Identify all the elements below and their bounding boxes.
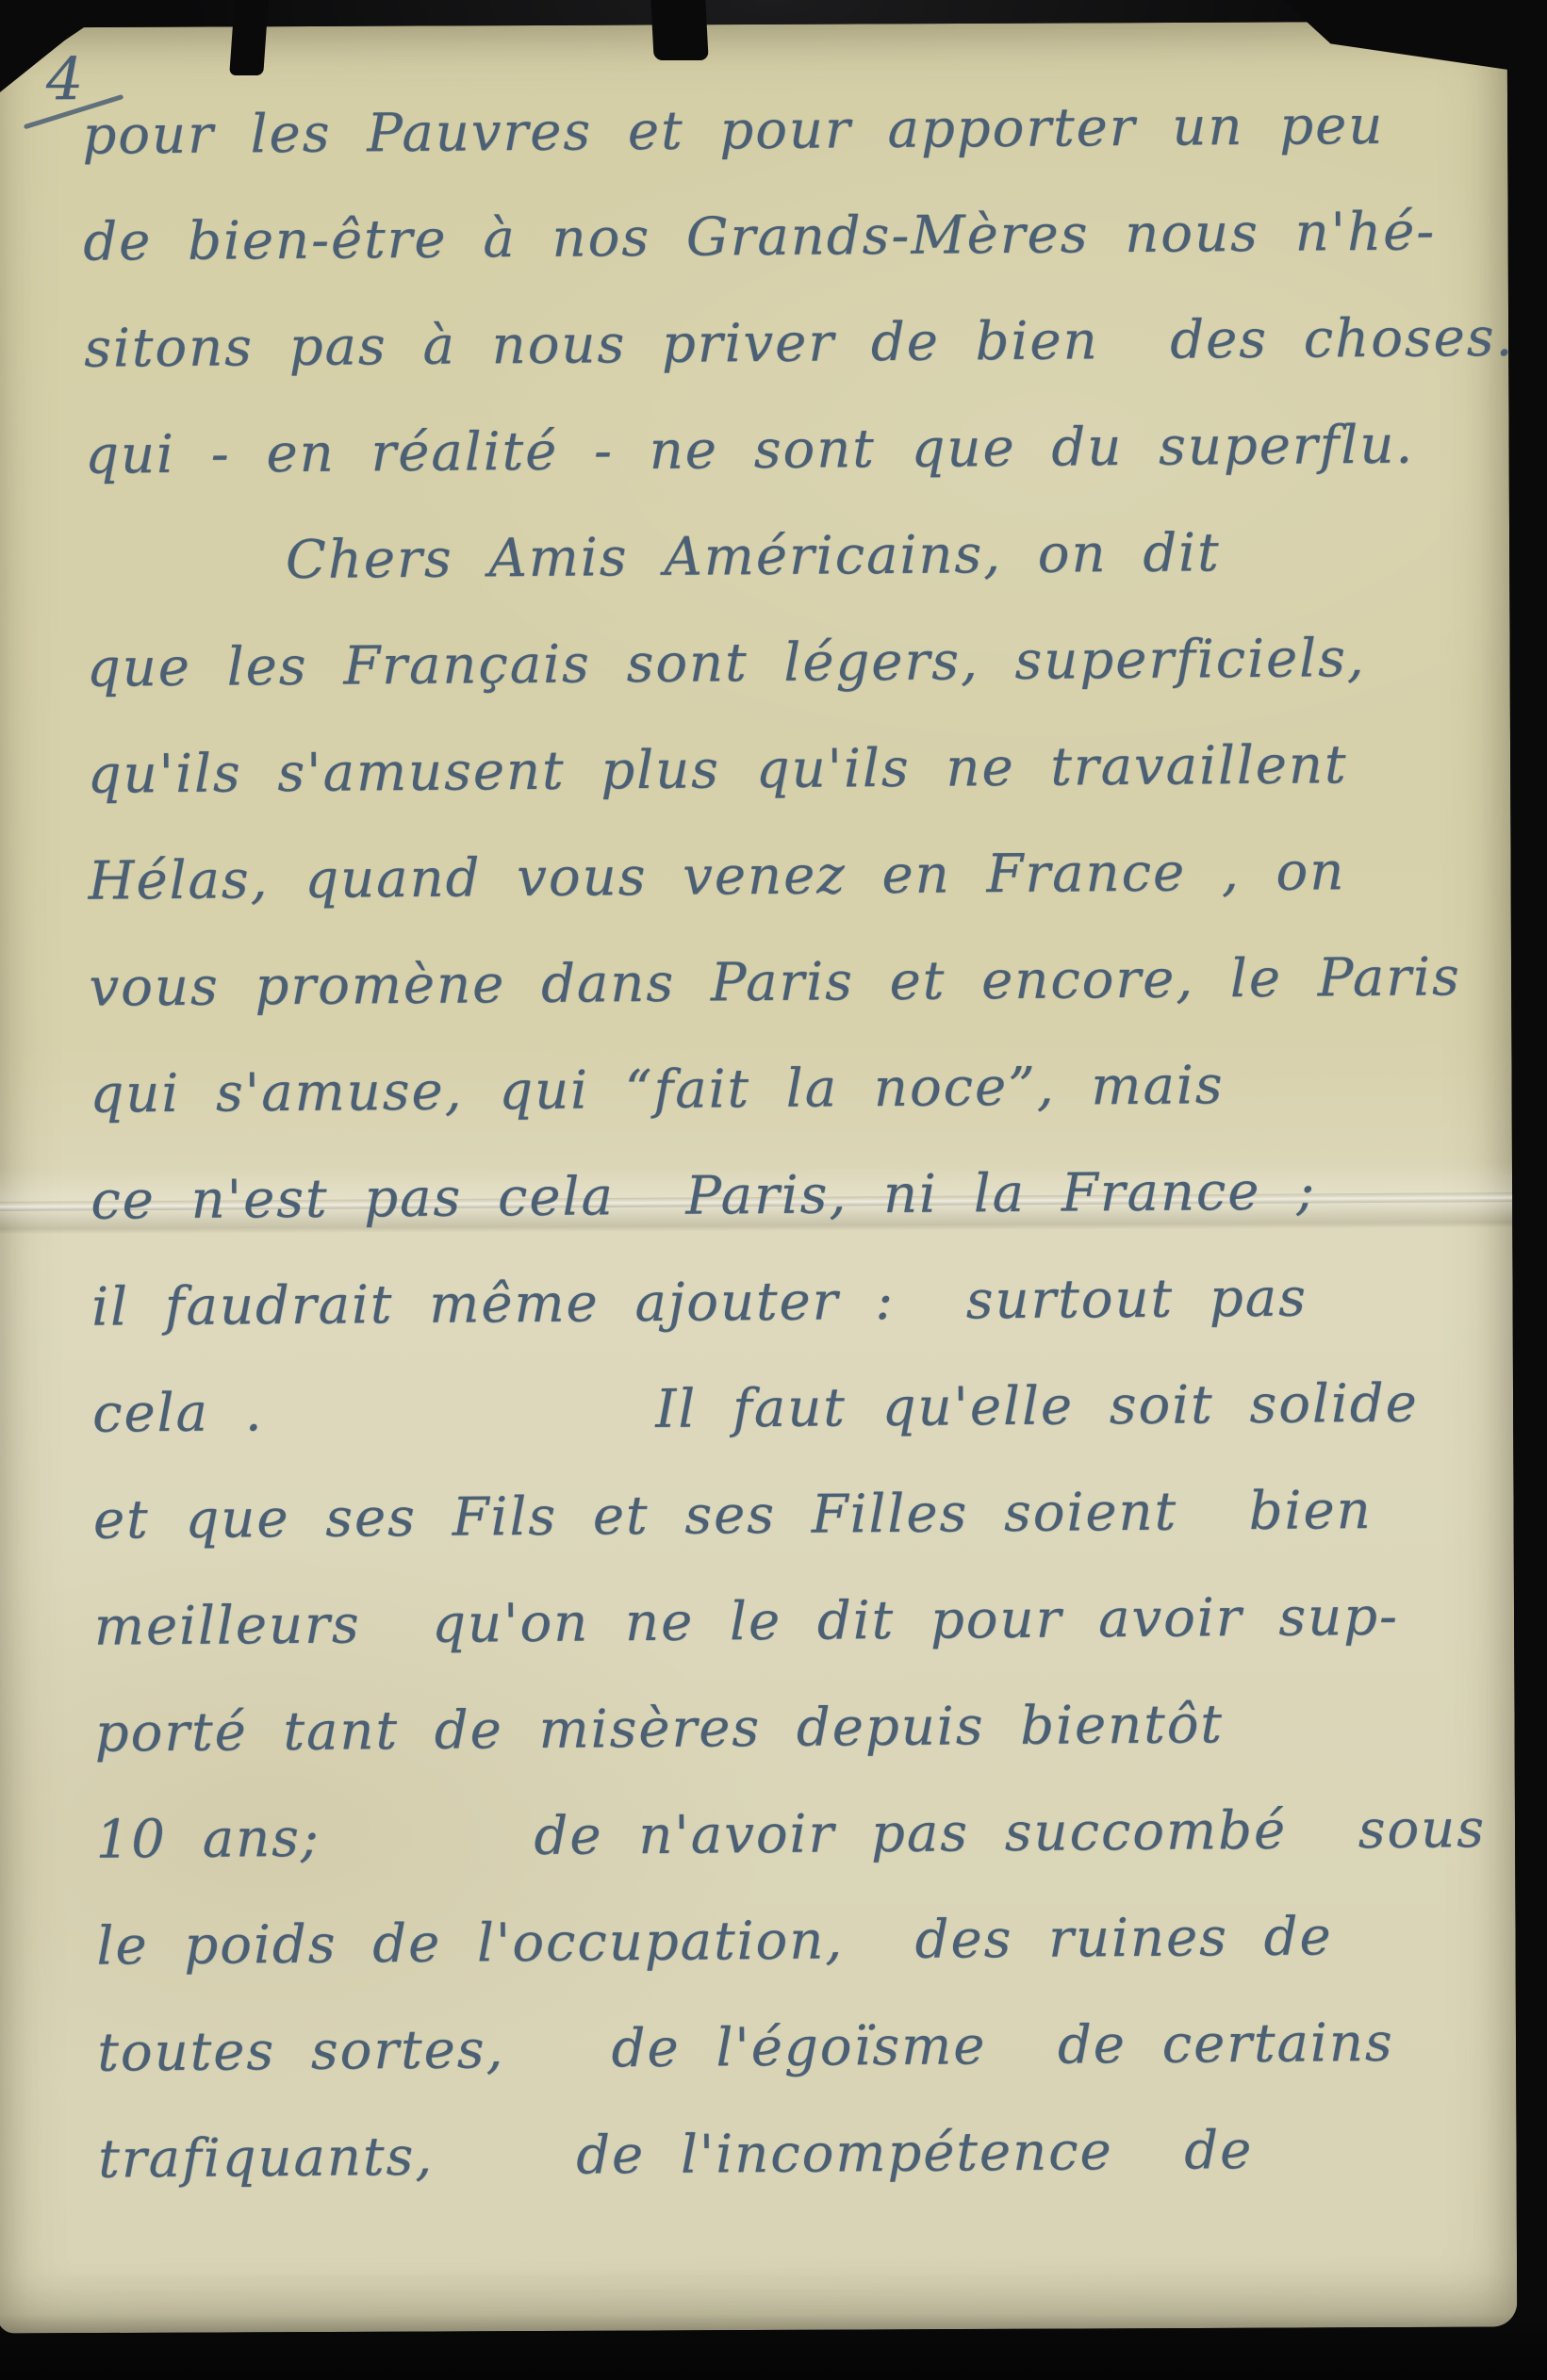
handwritten-line: porté tant de misères depuis bientôt: [94, 1669, 1470, 1786]
handwritten-line: qui s'amuse, qui “fait la noce”, mais: [90, 1030, 1465, 1147]
handwritten-line: et que ses Fils et ses Filles soient bie…: [93, 1456, 1469, 1573]
handwritten-line: pour les Pauvres et pour apporter un peu: [82, 72, 1457, 189]
handwritten-line: 10 ans; de n'avoir pas succombé sous: [95, 1776, 1471, 1893]
handwritten-line: que les Français sont légers, superficie…: [86, 604, 1461, 721]
handwritten-line: Hélas, quand vous venez en France , on: [88, 817, 1463, 934]
handwritten-line: sitons pas à nous priver de bien des cho…: [84, 285, 1459, 402]
handwritten-line: qu'ils s'amusent plus qu'ils ne travaill…: [87, 711, 1462, 828]
handwritten-line: de bien-être à nos Grands-Mères nous n'h…: [83, 178, 1458, 295]
handwritten-line: il faudrait même ajouter : surtout pas: [91, 1243, 1467, 1360]
handwritten-line: qui - en réalité - ne sont que du superf…: [85, 391, 1460, 508]
backdrop-notch-left: [229, 0, 269, 75]
handwritten-line: toutes sortes, de l'égoïsme de certains: [97, 1989, 1473, 2106]
letter-page: 4 pour les Pauvres et pour apporter un p…: [0, 21, 1517, 2333]
photo-backdrop: 4 pour les Pauvres et pour apporter un p…: [0, 0, 1547, 2380]
handwritten-line: Chers Amis Américains, on dit: [86, 498, 1461, 615]
handwritten-line: ce n'est pas cela Paris, ni la France ;: [91, 1137, 1466, 1254]
letter-lines: pour les Pauvres et pour apporter un peu…: [82, 72, 1473, 2212]
page-number-value: 4: [46, 44, 84, 113]
handwritten-line: le poids de l'occupation, des ruines de: [96, 1882, 1472, 1999]
handwritten-line: meilleurs qu'on ne le dit pour avoir sup…: [93, 1563, 1469, 1680]
handwritten-line: cela . Il faut qu'elle soit solide: [92, 1350, 1468, 1467]
backdrop-notch-mid: [650, 0, 708, 60]
handwritten-line: trafiquants, de l'incompétence de: [98, 2095, 1473, 2212]
handwritten-line: vous promène dans Paris et encore, le Pa…: [89, 924, 1464, 1041]
